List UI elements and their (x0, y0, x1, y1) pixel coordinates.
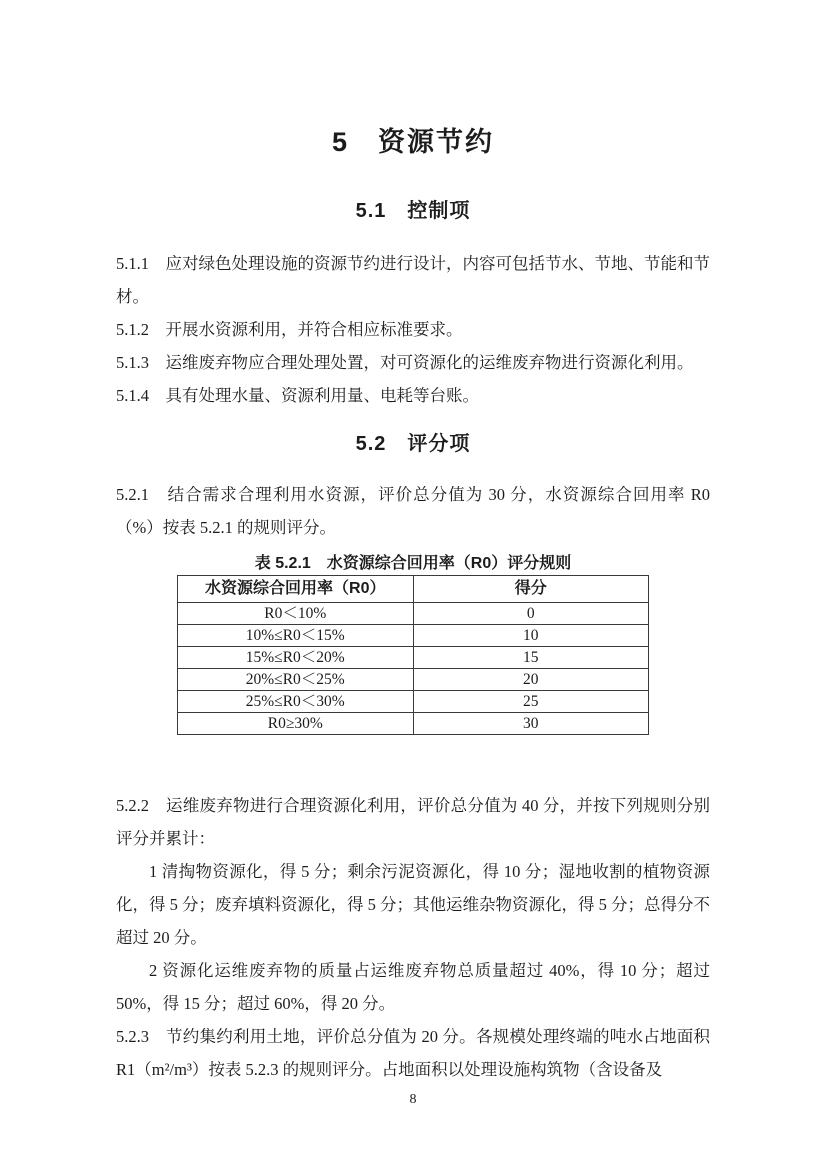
clause-5-2-2-item-1: 1 清掏物资源化，得 5 分；剩余污泥资源化，得 10 分；湿地收割的植物资源化… (116, 855, 710, 954)
table-cell-range: 25%≤R0＜30% (178, 691, 414, 713)
table-cell-score: 10 (413, 625, 649, 647)
table-cell-score: 15 (413, 647, 649, 669)
clause-5-1-2: 5.1.2 开展水资源利用，并符合相应标准要求。 (116, 313, 710, 346)
table-caption: 表 5.2.1 水资源综合回用率（R0）评分规则 (116, 552, 710, 575)
page-number: 8 (0, 1091, 826, 1109)
table-cell-score: 0 (413, 603, 649, 625)
clause-5-1-4: 5.1.4 具有处理水量、资源利用量、电耗等台账。 (116, 379, 710, 412)
table-header-score: 得分 (413, 576, 649, 603)
clause-5-1-3: 5.1.3 运维废弃物应合理处理处置，对可资源化的运维废弃物进行资源化利用。 (116, 346, 710, 379)
section-heading-5-1: 5.1 控制项 (116, 196, 710, 226)
table-cell-score: 20 (413, 669, 649, 691)
table-cell-range: R0≥30% (178, 713, 414, 735)
clause-5-2-1: 5.2.1 结合需求合理利用水资源，评价总分值为 30 分，水资源综合回用率 R… (116, 478, 710, 544)
clause-5-1-1: 5.1.1 应对绿色处理设施的资源节约进行设计，内容可包括节水、节地、节能和节材… (116, 247, 710, 313)
table-cell-range: 20%≤R0＜25% (178, 669, 414, 691)
chapter-title: 5 资源节约 (116, 124, 710, 160)
table-cell-score: 30 (413, 713, 649, 735)
water-reuse-score-table: 水资源综合回用率（R0） 得分 R0＜10% 0 10%≤R0＜15% 10 1… (177, 575, 649, 735)
clause-5-2-3: 5.2.3 节约集约利用土地，评价总分值为 20 分。各规模处理终端的吨水占地面… (116, 1020, 710, 1086)
table-cell-range: 10%≤R0＜15% (178, 625, 414, 647)
table-row: 15%≤R0＜20% 15 (178, 647, 649, 669)
table-cell-score: 25 (413, 691, 649, 713)
table-header-range: 水资源综合回用率（R0） (178, 576, 414, 603)
clause-5-2-2-item-2: 2 资源化运维废弃物的质量占运维废弃物总质量超过 40%，得 10 分；超过 5… (116, 954, 710, 1020)
table-row: 20%≤R0＜25% 20 (178, 669, 649, 691)
section-heading-5-2: 5.2 评分项 (116, 429, 710, 459)
table-row: R0＜10% 0 (178, 603, 649, 625)
clause-5-2-2: 5.2.2 运维废弃物进行合理资源化利用，评价总分值为 40 分，并按下列规则分… (116, 789, 710, 855)
table-header-row: 水资源综合回用率（R0） 得分 (178, 576, 649, 603)
table-row: 10%≤R0＜15% 10 (178, 625, 649, 647)
table-row: R0≥30% 30 (178, 713, 649, 735)
table-cell-range: R0＜10% (178, 603, 414, 625)
table-row: 25%≤R0＜30% 25 (178, 691, 649, 713)
document-page: 5 资源节约 5.1 控制项 5.1.1 应对绿色处理设施的资源节约进行设计，内… (0, 0, 826, 1169)
table-cell-range: 15%≤R0＜20% (178, 647, 414, 669)
